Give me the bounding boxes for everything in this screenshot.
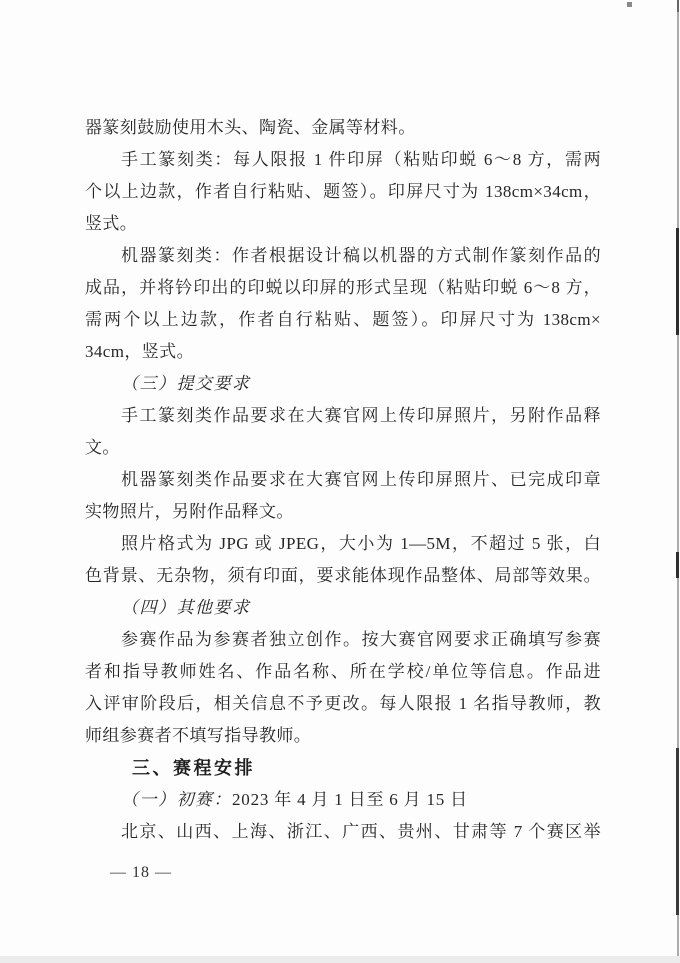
text-line: 色背景、无杂物，须有印面，要求能体现作品整体、局部等效果。 xyxy=(85,560,601,592)
text-line: 师组参赛者不填写指导教师。 xyxy=(85,720,601,752)
text-line: 手工篆刻类：每人限报 1 件印屏（粘贴印蜕 6～8 方，需两 xyxy=(85,144,601,176)
text-line: 照片格式为 JPG 或 JPEG，大小为 1—5M，不超过 5 张，白 xyxy=(85,528,601,560)
text-line: 入评审阶段后，相关信息不予更改。每人限报 1 名指导教师，教 xyxy=(85,688,601,720)
page-number: — 18 — xyxy=(110,864,172,882)
heading-submission-requirements: （三）提交要求 xyxy=(85,368,601,400)
scan-corner-speck xyxy=(627,2,632,7)
heading-other-requirements: （四）其他要求 xyxy=(85,592,601,624)
text-line: 34cm，竖式。 xyxy=(85,336,601,368)
text-line: 机器篆刻类作品要求在大赛官网上传印屏照片、已完成印章 xyxy=(85,464,601,496)
scan-edge-dark-middle xyxy=(676,552,679,578)
text-line: 手工篆刻类作品要求在大赛官网上传印屏照片，另附作品释 xyxy=(85,400,601,432)
scan-bottom-strip xyxy=(0,956,680,963)
preliminary-round-label: （一）初赛： xyxy=(121,790,232,809)
text-line: 个以上边款，作者自行粘贴、题签）。印屏尺寸为 138cm×34cm， xyxy=(85,176,601,208)
text-line: 北京、山西、上海、浙江、广西、贵州、甘肃等 7 个赛区举 xyxy=(85,816,601,848)
text-line: 需两个以上边款，作者自行粘贴、题签）。印屏尺寸为 138cm× xyxy=(85,304,601,336)
scan-edge-dark-lower xyxy=(676,748,679,915)
preliminary-round-dates: 2023 年 4 月 1 日至 6 月 15 日 xyxy=(232,790,468,809)
text-line: 者和指导教师姓名、作品名称、所在学校/单位等信息。作品进 xyxy=(85,656,601,688)
text-line: 器篆刻鼓励使用木头、陶瓷、金属等材料。 xyxy=(85,112,601,144)
text-line: 文。 xyxy=(85,432,601,464)
line-preliminary-round: （一）初赛：2023 年 4 月 1 日至 6 月 15 日 xyxy=(85,784,601,816)
scan-edge-dark-top xyxy=(677,0,679,12)
document-body: 器篆刻鼓励使用木头、陶瓷、金属等材料。 手工篆刻类：每人限报 1 件印屏（粘贴印… xyxy=(85,112,601,848)
text-line: 实物照片，另附作品释文。 xyxy=(85,496,601,528)
text-line: 竖式。 xyxy=(85,208,601,240)
text-line: 参赛作品为参赛者独立创作。按大赛官网要求正确填写参赛 xyxy=(85,624,601,656)
text-line: 成品，并将钤印出的印蜕以印屏的形式呈现（粘贴印蜕 6～8 方， xyxy=(85,272,601,304)
scan-edge-dark-upper xyxy=(676,228,679,335)
heading-schedule: 三、赛程安排 xyxy=(85,752,601,784)
text-line: 机器篆刻类：作者根据设计稿以机器的方式制作篆刻作品的 xyxy=(85,240,601,272)
